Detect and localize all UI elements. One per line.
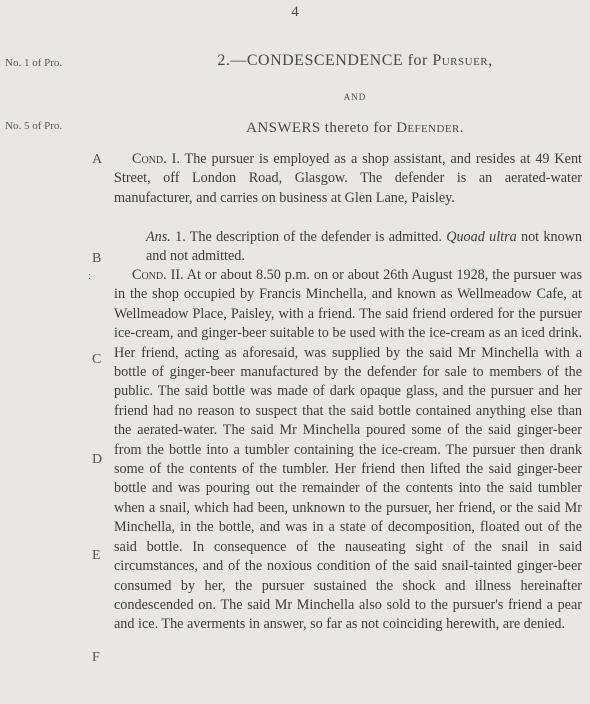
margin-letter-f: F bbox=[92, 650, 100, 666]
answer-1-quoad: Quoad ultra bbox=[446, 229, 517, 245]
cond-2-label: Cond. II. bbox=[132, 267, 184, 283]
heading-prefix: 2.—CONDESCENDENCE for bbox=[217, 52, 432, 69]
cond-1-text: The pursuer is employed as a shop assist… bbox=[114, 151, 582, 206]
heading-connector: AND bbox=[120, 92, 590, 102]
condescendence-2: Cond. II. At or about 8.50 p.m. on or ab… bbox=[114, 266, 582, 635]
answer-1-label: Ans. bbox=[146, 229, 171, 245]
side-ref-1: No. 1 of Pro. bbox=[5, 57, 62, 69]
margin-letter-d: D bbox=[92, 452, 102, 468]
condescendence-1: Cond. I. The pursuer is employed as a sh… bbox=[114, 150, 582, 208]
heading-answers-prefix: ANSWERS thereto for bbox=[246, 120, 396, 136]
heading-answers: ANSWERS thereto for Defender. bbox=[120, 120, 590, 137]
margin-letter-c: C bbox=[92, 352, 101, 368]
margin-mark: : bbox=[88, 270, 91, 282]
cond-2-text: At or about 8.50 p.m. on or about 26th A… bbox=[114, 267, 582, 632]
margin-letter-b: B bbox=[92, 251, 101, 267]
page-number: 4 bbox=[0, 4, 590, 21]
cond-1-label: Cond. I. bbox=[132, 151, 180, 167]
heading-party-pursuer: Pursuer, bbox=[432, 52, 492, 69]
answer-1-text: 1. The description of the defender is ad… bbox=[171, 229, 446, 245]
margin-letter-a: A bbox=[92, 152, 102, 168]
side-ref-2: No. 5 of Pro. bbox=[5, 120, 62, 132]
margin-letter-e: E bbox=[92, 548, 101, 564]
heading-condescendence: 2.—CONDESCENDENCE for Pursuer, bbox=[120, 52, 590, 70]
answer-1: Ans. 1. The description of the defender … bbox=[146, 228, 582, 266]
heading-party-defender: Defender. bbox=[396, 120, 464, 136]
